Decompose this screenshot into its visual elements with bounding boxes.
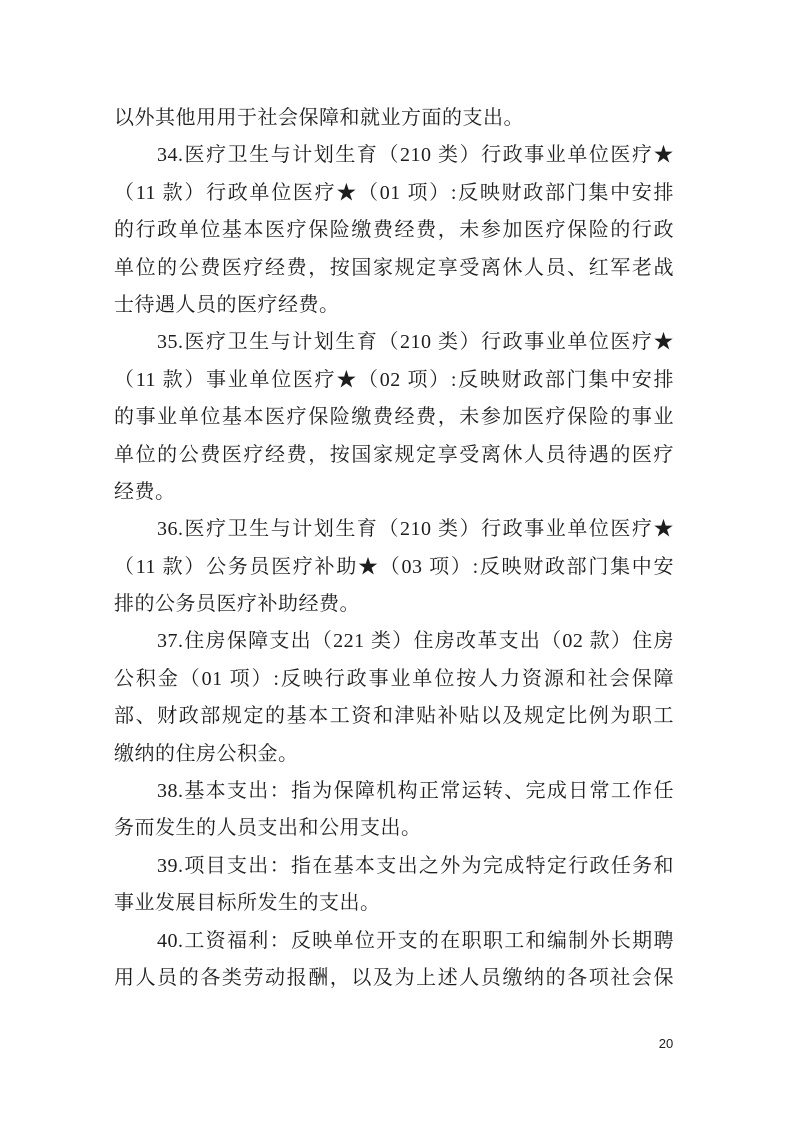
text-line: 单位的公费医疗经费，按国家规定享受离休人员、红军老战 [114, 250, 674, 287]
text-line: 部、财政部规定的基本工资和津贴补贴以及规定比例为职工 [114, 698, 674, 735]
text-line: 37.住房保障支出（221 类）住房改革支出（02 款）住房 [114, 623, 674, 660]
text-line: 士待遇人员的医疗经费。 [114, 287, 674, 324]
text-line: 单位的公费医疗经费，按国家规定享受离休人员待遇的医疗 [114, 437, 674, 474]
text-line: 事业发展目标所发生的支出。 [114, 885, 674, 922]
text-line: 39.项目支出：指在基本支出之外为完成特定行政任务和 [114, 848, 674, 885]
page-number: 20 [648, 1036, 684, 1051]
text-line: 排的公务员医疗补助经费。 [114, 586, 674, 623]
text-line: （11 款）公务员医疗补助★（03 项）:反映财政部门集中安 [114, 549, 674, 586]
text-line: 40.工资福利：反映单位开支的在职职工和编制外长期聘 [114, 923, 674, 960]
text-line: 用人员的各类劳动报酬，以及为上述人员缴纳的各项社会保 [114, 960, 674, 997]
text-line: 34.医疗卫生与计划生育（210 类）行政事业单位医疗★ [114, 137, 674, 174]
text-line: 38.基本支出：指为保障机构正常运转、完成日常工作任 [114, 773, 674, 810]
text-line: 35.医疗卫生与计划生育（210 类）行政事业单位医疗★ [114, 324, 674, 361]
text-line: 公积金（01 项）:反映行政事业单位按人力资源和社会保障 [114, 661, 674, 698]
text-line: 36.医疗卫生与计划生育（210 类）行政事业单位医疗★ [114, 511, 674, 548]
text-line: 的行政单位基本医疗保险缴费经费，未参加医疗保险的行政 [114, 212, 674, 249]
text-line: （11 款）事业单位医疗★（02 项）:反映财政部门集中安排 [114, 362, 674, 399]
document-page: 以外其他用用于社会保障和就业方面的支出。34.医疗卫生与计划生育（210 类）行… [0, 0, 793, 1122]
text-line: 缴纳的住房公积金。 [114, 736, 674, 773]
text-line: （11 款）行政单位医疗★（01 项）:反映财政部门集中安排 [114, 175, 674, 212]
text-line: 的事业单位基本医疗保险缴费经费，未参加医疗保险的事业 [114, 399, 674, 436]
text-line: 以外其他用用于社会保障和就业方面的支出。 [114, 100, 674, 137]
document-content: 以外其他用用于社会保障和就业方面的支出。34.医疗卫生与计划生育（210 类）行… [114, 100, 674, 997]
text-line: 务而发生的人员支出和公用支出。 [114, 810, 674, 847]
text-line: 经费。 [114, 474, 674, 511]
